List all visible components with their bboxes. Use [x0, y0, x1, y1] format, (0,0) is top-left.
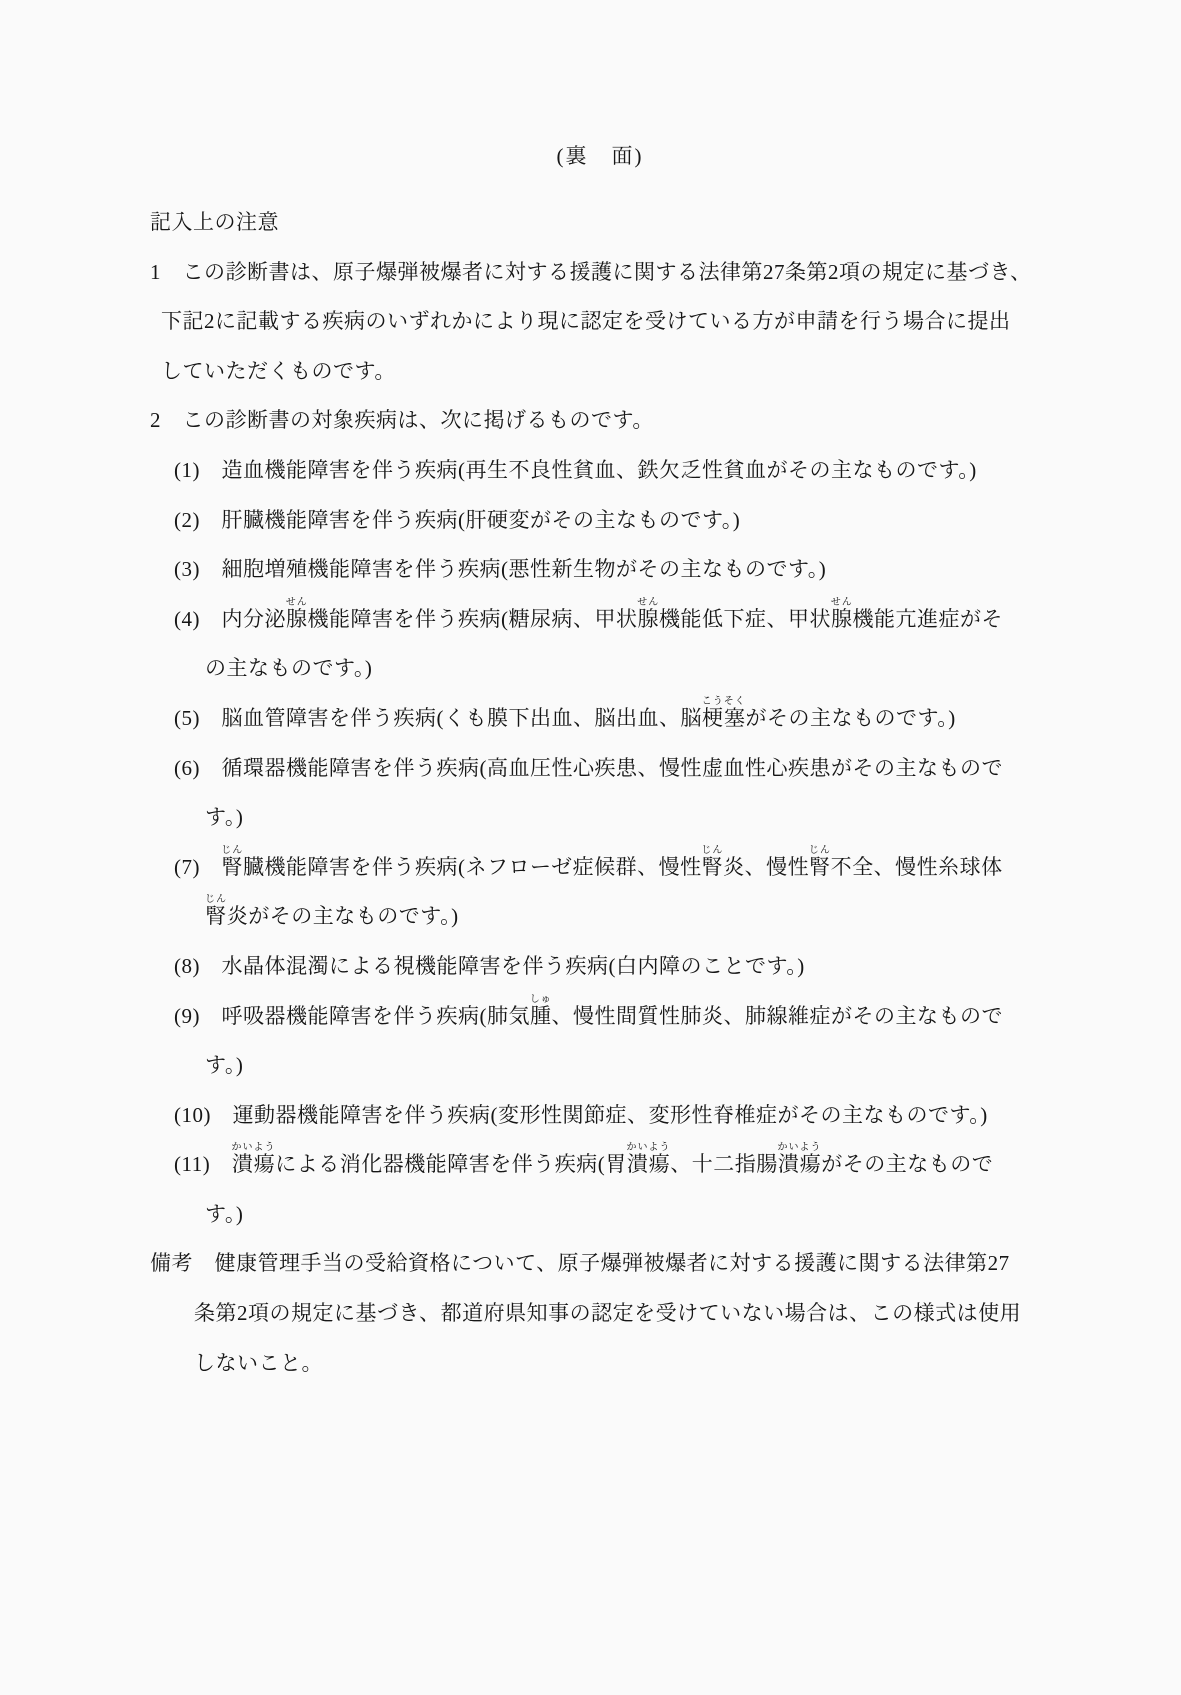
doc-text-segment: (9) 呼吸器機能障害を伴う疾病(肺気 [174, 1004, 530, 1028]
ruby-reading: しゅ [530, 994, 552, 1005]
doc-text-segment: 炎がその主なものです。) [227, 904, 459, 928]
doc-text-segment: 条第2項の規定に基づき、都道府県知事の認定を受けていない場合は、この様式は使用 [194, 1301, 1021, 1325]
doc-text-segment: 機能低下症、甲状 [659, 607, 831, 631]
ruby-reading: じん [205, 894, 227, 905]
doc-text-segment: 炎、慢性 [723, 855, 809, 879]
doc-line: (4) 内分泌腺せん機能障害を伴う疾病(糖尿病、甲状腺せん機能低下症、甲状腺せん… [174, 595, 1050, 645]
ruby-annotated-word: 腺せん [638, 607, 660, 631]
doc-line: す。) [205, 793, 1050, 843]
ruby-annotated-word: 腎じん [809, 855, 831, 879]
document-content: (裏 面) 記入上の注意1 この診断書は、原子爆弾被爆者に対する援護に関する法律… [150, 142, 1050, 1388]
doc-line: 記入上の注意 [150, 198, 1050, 248]
doc-text-segment: 下記2に記載する疾病のいずれかにより現に認定を受けている方が申請を行う場合に提出 [161, 309, 1011, 333]
ruby-annotated-word: 腫しゅ [530, 1004, 552, 1028]
doc-line: (6) 循環器機能障害を伴う疾病(高血圧性心疾患、慢性虚血性心疾患がその主なもの… [174, 744, 1050, 794]
doc-text-segment: 、慢性間質性肺炎、肺線維症がその主なもので [551, 1004, 1003, 1028]
doc-text-segment: がその主なものです。) [745, 706, 955, 730]
doc-line: (11) 潰瘍かいようによる消化器機能障害を伴う疾病(胃潰瘍かいよう、十二指腸潰… [174, 1140, 1050, 1190]
doc-line: 下記2に記載する疾病のいずれかにより現に認定を受けている方が申請を行う場合に提出 [161, 297, 1050, 347]
doc-line: (3) 細胞増殖機能障害を伴う疾病(悪性新生物がその主なものです。) [174, 545, 1050, 595]
doc-text-segment: す。) [205, 805, 243, 829]
doc-line: 条第2項の規定に基づき、都道府県知事の認定を受けていない場合は、この様式は使用 [194, 1289, 1050, 1339]
doc-text-segment: (11) [174, 1152, 232, 1176]
ruby-annotated-word: 潰瘍かいよう [627, 1152, 671, 1176]
doc-text-segment: す。) [205, 1053, 243, 1077]
doc-line: しないこと。 [194, 1339, 1050, 1389]
ruby-reading: かいよう [626, 1142, 670, 1153]
doc-text-segment: (6) 循環器機能障害を伴う疾病(高血圧性心疾患、慢性虚血性心疾患がその主なもの… [174, 756, 1003, 780]
doc-text-segment: 備考 健康管理手当の受給資格について、原子爆弾被爆者に対する援護に関する法律第2… [150, 1251, 1010, 1275]
doc-text-segment: 1 この診断書は、原子爆弾被爆者に対する援護に関する法律第27条第2項の規定に基… [150, 260, 1032, 284]
doc-line: の主なものです。) [205, 644, 1050, 694]
ruby-reading: かいよう [231, 1142, 275, 1153]
ruby-reading: かいよう [777, 1142, 821, 1153]
doc-text-segment: (7) [174, 855, 222, 879]
doc-text-segment: による消化器機能障害を伴う疾病(胃 [275, 1152, 627, 1176]
page-side-title: (裏 面) [150, 142, 1050, 170]
doc-line: (5) 脳血管障害を伴う疾病(くも膜下出血、脳出血、脳梗塞こうそくがその主なもの… [174, 694, 1050, 744]
ruby-reading: じん [809, 845, 831, 856]
document-body: 記入上の注意1 この診断書は、原子爆弾被爆者に対する援護に関する法律第27条第2… [150, 198, 1050, 1388]
ruby-annotated-word: 腎じん [205, 904, 227, 928]
ruby-annotated-word: 腺せん [286, 607, 308, 631]
doc-text-segment: していただくものです。 [161, 359, 396, 383]
doc-line: (8) 水晶体混濁による視機能障害を伴う疾病(白内障のことです。) [174, 942, 1050, 992]
doc-text-segment: しないこと。 [194, 1351, 323, 1375]
ruby-reading: こうそく [702, 696, 746, 707]
ruby-annotated-word: 腺せん [831, 607, 853, 631]
ruby-reading: せん [637, 597, 659, 608]
ruby-annotated-word: 腎じん [222, 855, 244, 879]
doc-text-segment: 2 この診断書の対象疾病は、次に掲げるものです。 [150, 408, 654, 432]
ruby-annotated-word: 潰瘍かいよう [778, 1152, 822, 1176]
ruby-annotated-word: 潰瘍かいよう [232, 1152, 276, 1176]
doc-text-segment: (10) 運動器機能障害を伴う疾病(変形性関節症、変形性脊椎症がその主なものです… [174, 1103, 988, 1127]
doc-text-segment: (1) 造血機能障害を伴う疾病(再生不良性貧血、鉄欠乏性貧血がその主なものです。… [174, 458, 977, 482]
ruby-reading: じん [701, 845, 723, 856]
ruby-annotated-word: 腎じん [702, 855, 724, 879]
doc-line: (1) 造血機能障害を伴う疾病(再生不良性貧血、鉄欠乏性貧血がその主なものです。… [174, 446, 1050, 496]
doc-text-segment: 機能障害を伴う疾病(糖尿病、甲状 [308, 607, 638, 631]
doc-line: (2) 肝臓機能障害を伴う疾病(肝硬変がその主なものです。) [174, 496, 1050, 546]
doc-text-segment: 不全、慢性糸球体 [831, 855, 1003, 879]
doc-text-segment: す。) [205, 1202, 243, 1226]
doc-line: 備考 健康管理手当の受給資格について、原子爆弾被爆者に対する援護に関する法律第2… [150, 1239, 1050, 1289]
ruby-annotated-word: 梗塞こうそく [702, 706, 746, 730]
doc-text-segment: 記入上の注意 [150, 210, 279, 234]
doc-text-segment: 機能亢進症がそ [853, 607, 1004, 631]
doc-text-segment: (2) 肝臓機能障害を伴う疾病(肝硬変がその主なものです。) [174, 508, 740, 532]
doc-line: 2 この診断書の対象疾病は、次に掲げるものです。 [150, 396, 1050, 446]
document-page: (裏 面) 記入上の注意1 この診断書は、原子爆弾被爆者に対する援護に関する法律… [0, 0, 1181, 1695]
doc-line: 腎じん炎がその主なものです。) [205, 892, 1050, 942]
doc-line: す。) [205, 1041, 1050, 1091]
ruby-reading: じん [221, 845, 243, 856]
doc-text-segment: (8) 水晶体混濁による視機能障害を伴う疾病(白内障のことです。) [174, 954, 805, 978]
doc-line: していただくものです。 [161, 347, 1050, 397]
doc-text-segment: (5) 脳血管障害を伴う疾病(くも膜下出血、脳出血、脳 [174, 706, 702, 730]
doc-text-segment: 、十二指腸 [670, 1152, 778, 1176]
doc-line: (10) 運動器機能障害を伴う疾病(変形性関節症、変形性脊椎症がその主なものです… [174, 1091, 1050, 1141]
doc-text-segment: がその主なもので [821, 1152, 993, 1176]
doc-line: (7) 腎じん臓機能障害を伴う疾病(ネフローゼ症候群、慢性腎じん炎、慢性腎じん不… [174, 843, 1050, 893]
doc-line: す。) [205, 1190, 1050, 1240]
ruby-reading: せん [831, 597, 853, 608]
ruby-reading: せん [286, 597, 308, 608]
doc-text-segment: (4) 内分泌 [174, 607, 286, 631]
doc-line: (9) 呼吸器機能障害を伴う疾病(肺気腫しゅ、慢性間質性肺炎、肺線維症がその主な… [174, 992, 1050, 1042]
doc-line: 1 この診断書は、原子爆弾被爆者に対する援護に関する法律第27条第2項の規定に基… [150, 248, 1050, 298]
doc-text-segment: の主なものです。) [205, 656, 372, 680]
doc-text-segment: (3) 細胞増殖機能障害を伴う疾病(悪性新生物がその主なものです。) [174, 557, 826, 581]
doc-text-segment: 臓機能障害を伴う疾病(ネフローゼ症候群、慢性 [243, 855, 702, 879]
